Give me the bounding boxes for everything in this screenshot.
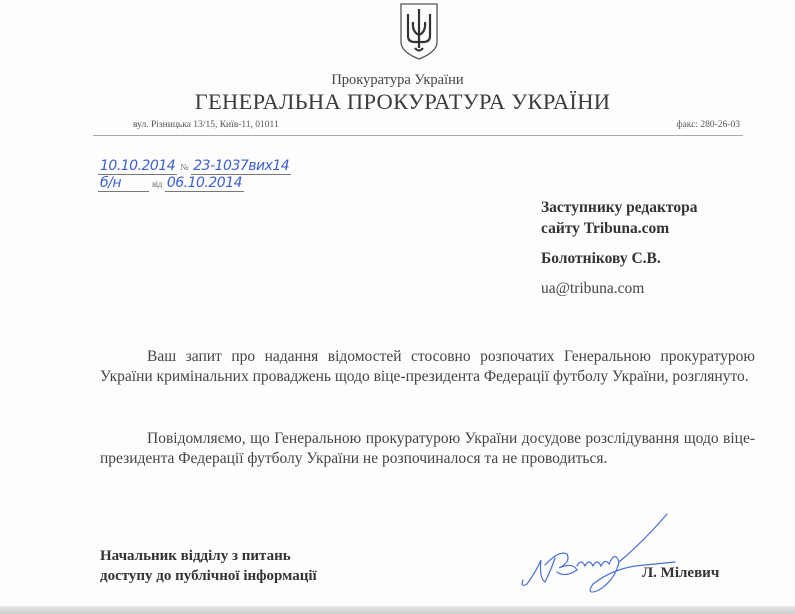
org-subtitle: Прокуратура України bbox=[0, 72, 795, 89]
org-fax: факс: 280-26-03 bbox=[676, 120, 740, 130]
header-divider bbox=[93, 135, 743, 136]
body-paragraph: Повідомляємо, що Генеральною прокуратуро… bbox=[100, 429, 755, 468]
org-title: ГЕНЕРАЛЬНА ПРОКУРАТУРА УКРАЇНИ bbox=[0, 89, 795, 115]
recipient-name: Болотнікову С.В. bbox=[541, 248, 697, 269]
incoming-ref: б/н bbox=[98, 175, 149, 192]
trident-coat-of-arms-icon bbox=[398, 2, 440, 60]
registration-incoming: б/нвід06.10.2014 bbox=[98, 175, 244, 191]
signatory-name: Л. Мілевич bbox=[642, 565, 719, 582]
letter-page: Прокуратура України ГЕНЕРАЛЬНА ПРОКУРАТУ… bbox=[0, 0, 795, 606]
recipient-email: ua@tribuna.com bbox=[541, 278, 697, 299]
viewer-bottom-edge bbox=[0, 606, 795, 614]
handwritten-signature-icon bbox=[515, 510, 700, 600]
body-paragraph: Ваш запит про надання відомостей стосовн… bbox=[100, 347, 755, 386]
org-address: вул. Різницька 13/15, Київ-11, 01011 bbox=[133, 120, 279, 130]
from-label: від bbox=[152, 179, 162, 189]
outgoing-number: 23-1037вих14 bbox=[191, 158, 291, 175]
recipient-line1: Заступнику редактора bbox=[541, 197, 697, 218]
incoming-date: 06.10.2014 bbox=[165, 175, 244, 192]
signatory-title: Начальник відділу з питань доступу до пу… bbox=[100, 547, 317, 586]
signatory-title-line2: доступу до публічної інформації bbox=[100, 567, 317, 587]
number-label: № bbox=[180, 162, 188, 172]
recipient-line2: сайту Tribuna.com bbox=[541, 218, 697, 239]
recipient-block: Заступнику редактора сайту Tribuna.com Б… bbox=[541, 197, 697, 299]
registration-outgoing: 10.10.2014№23-1037вих14 bbox=[98, 158, 291, 174]
signatory-title-line1: Начальник відділу з питань bbox=[100, 547, 317, 567]
outgoing-date: 10.10.2014 bbox=[98, 158, 177, 175]
